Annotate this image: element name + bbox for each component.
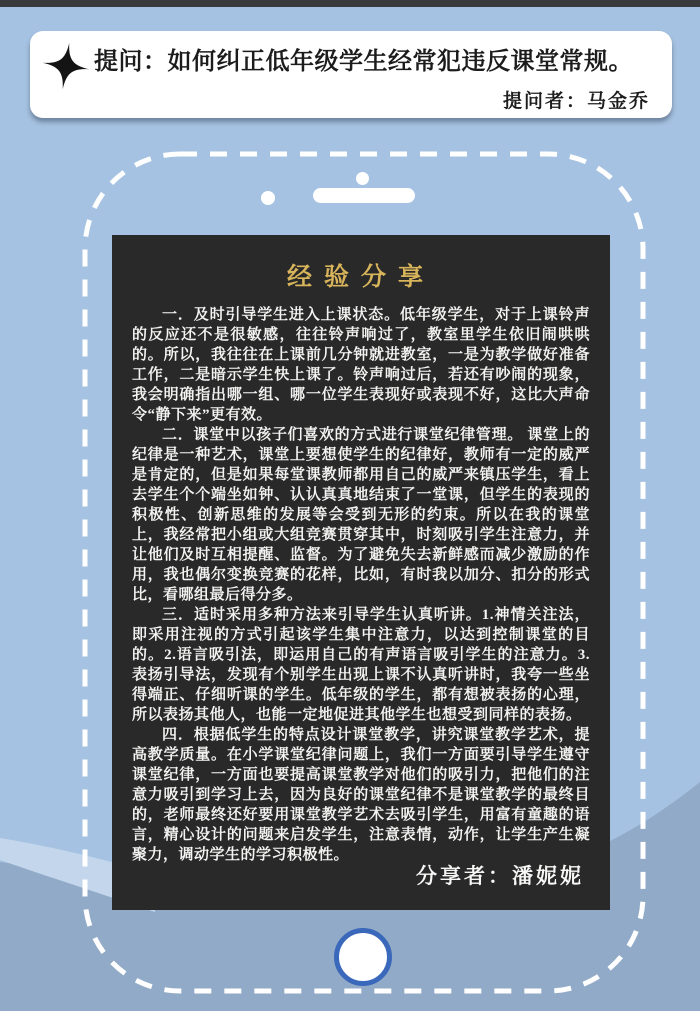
question-header: 提问：如何纠正低年级学生经常犯违反课堂常规。 提问者：马金乔 (30, 31, 672, 118)
top-strip (0, 0, 700, 7)
paragraph-2: 二．课堂中以孩子们喜欢的方式进行课堂纪律管理。 课堂上的纪律是一种艺术，课堂上要… (132, 425, 590, 605)
asker-name: 提问者：马金乔 (503, 86, 650, 113)
paragraph-1: 一．及时引导学生进入上课状态。低年级学生，对于上课铃声的反应还不是很敏感，往往铃… (132, 305, 590, 425)
phone-camera-dot-icon (261, 191, 275, 205)
paragraph-3: 三．适时采用多种方法来引导学生认真听讲。1.神情关注法，即采用注视的方式引起该学… (132, 605, 590, 725)
home-button-icon (334, 928, 392, 986)
paragraph-4: 四．根据低学生的特点设计课堂教学，讲究课堂教学艺术，提高教学质量。在小学课堂纪律… (132, 725, 590, 865)
sharer-name: 分享者：潘妮妮 (416, 860, 584, 890)
poster-page: { "header": { "star_icon": "four-point-s… (0, 0, 700, 1011)
card-title: 经验分享 (132, 257, 590, 293)
card-body: 一．及时引导学生进入上课状态。低年级学生，对于上课铃声的反应还不是很敏感，往往铃… (132, 305, 590, 865)
question-text: 提问：如何纠正低年级学生经常犯违反课堂常规。 (94, 47, 660, 77)
four-point-star-icon (39, 39, 93, 93)
phone-sensor-dot-icon (356, 172, 369, 185)
phone-speaker-icon (313, 188, 415, 203)
experience-share-card: 经验分享 一．及时引导学生进入上课状态。低年级学生，对于上课铃声的反应还不是很敏… (112, 235, 610, 910)
